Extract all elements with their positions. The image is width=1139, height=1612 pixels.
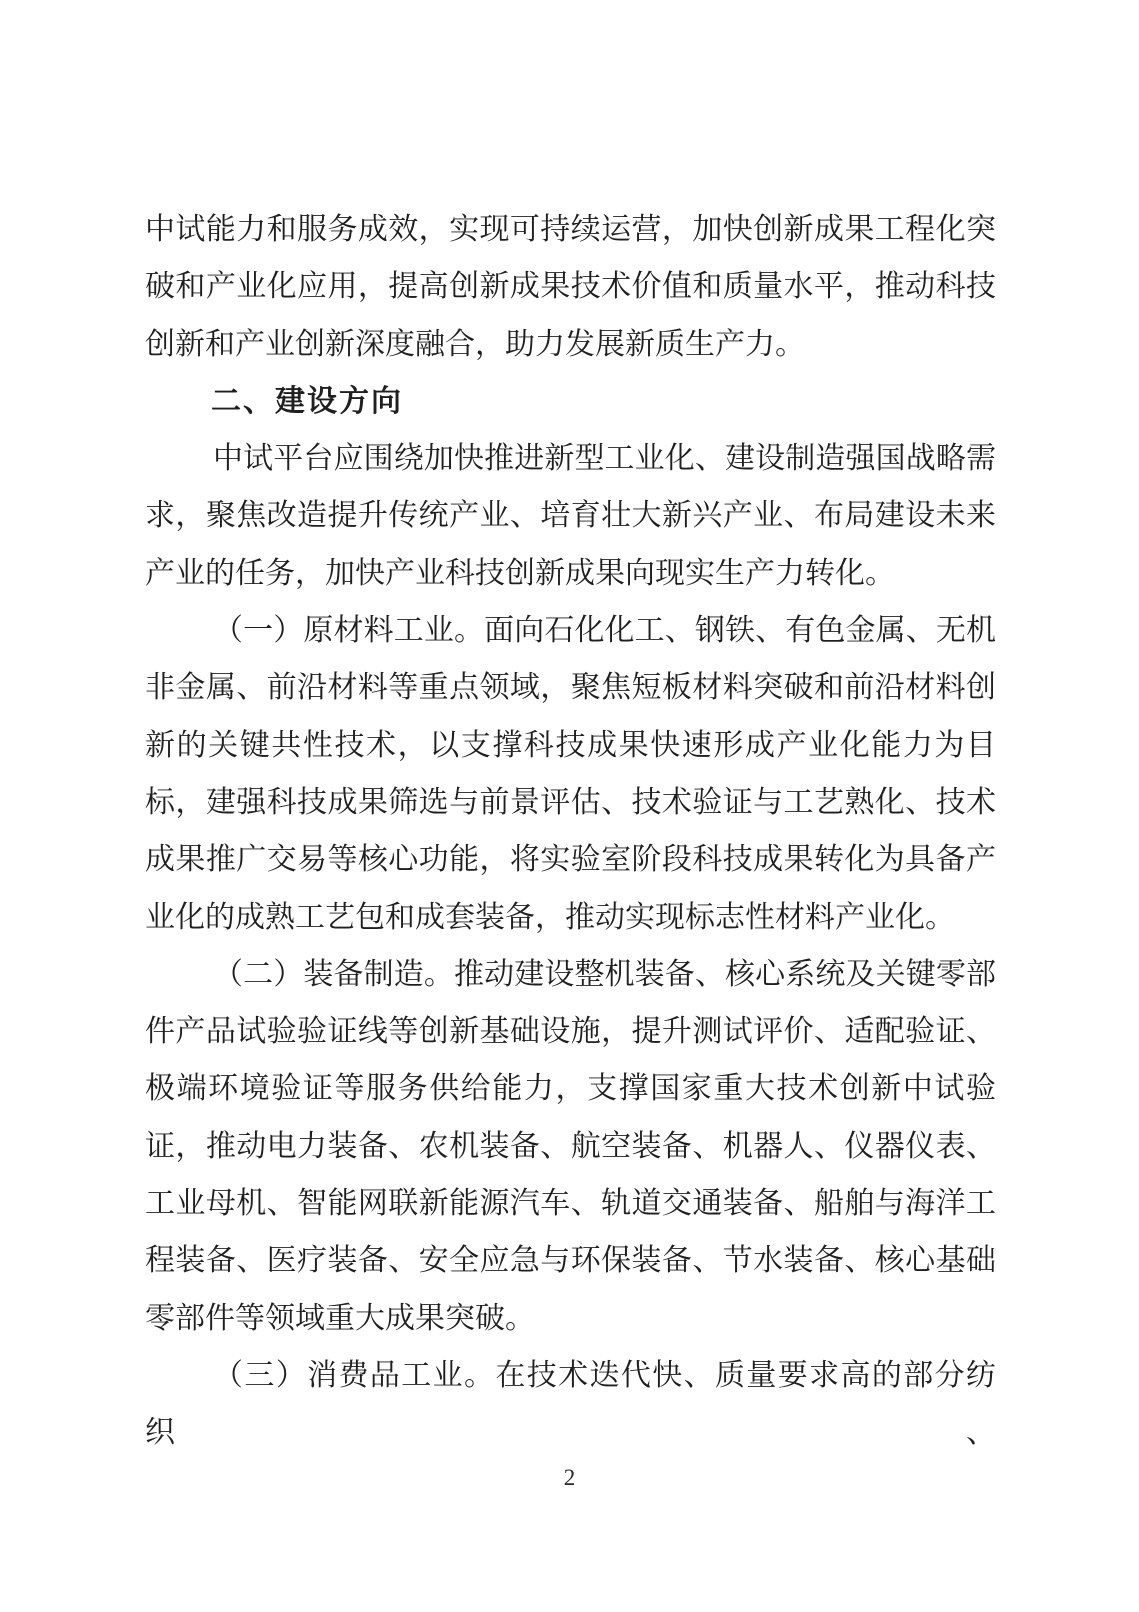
body-text-line: 非金属、前沿材料等重点领域，聚焦短板材料突破和前沿材料创 <box>145 659 996 716</box>
section-heading: 二、建设方向 <box>145 373 996 430</box>
body-text-line: 证，推动电力装备、农机装备、航空装备、机器人、仪器仪表、 <box>145 1118 996 1175</box>
document-body: 中试能力和服务成效，实现可持续运营，加快创新成果工程化突 破和产业化应用，提高创… <box>145 201 996 1404</box>
paragraph-first-line: （一）原材料工业。面向石化化工、钢铁、有色金属、无机 <box>145 602 996 659</box>
body-text-line: 产业的任务，加快产业科技创新成果向现实生产力转化。 <box>145 545 996 602</box>
page-footer: 2 <box>0 1464 1139 1492</box>
body-text-line: 件产品试验验证线等创新基础设施，提升测试评价、适配验证、 <box>145 1003 996 1060</box>
body-text-line: 标，建强科技成果筛选与前景评估、技术验证与工艺熟化、技术 <box>145 774 996 831</box>
page-number: 2 <box>564 1465 576 1490</box>
body-text-line: 破和产业化应用，提高创新成果技术价值和质量水平，推动科技 <box>145 258 996 315</box>
body-text-line: 新的关键共性技术，以支撑科技成果快速形成产业化能力为目 <box>145 717 996 774</box>
body-text-line: 创新和产业创新深度融合，助力发展新质生产力。 <box>145 316 996 373</box>
body-text-line: 极端环境验证等服务供给能力，支撑国家重大技术创新中试验 <box>145 1060 996 1117</box>
body-text-line: 中试能力和服务成效，实现可持续运营，加快创新成果工程化突 <box>145 201 996 258</box>
paragraph-first-line: （二）装备制造。推动建设整机装备、核心系统及关键零部 <box>145 946 996 1003</box>
body-text-line: 程装备、医疗装备、安全应急与环保装备、节水装备、核心基础 <box>145 1232 996 1289</box>
body-text-line: 求，聚焦改造提升传统产业、培育壮大新兴产业、布局建设未来 <box>145 487 996 544</box>
paragraph-first-line: （三）消费品工业。在技术迭代快、质量要求高的部分纺织、 <box>145 1347 996 1404</box>
body-text-line: 零部件等领域重大成果突破。 <box>145 1290 996 1347</box>
body-text-line: 成果推广交易等核心功能，将实验室阶段科技成果转化为具备产 <box>145 831 996 888</box>
body-text-line: 业化的成熟工艺包和成套装备，推动实现标志性材料产业化。 <box>145 889 996 946</box>
body-text-line: 工业母机、智能网联新能源汽车、轨道交通装备、船舶与海洋工 <box>145 1175 996 1232</box>
document-page: 中试能力和服务成效，实现可持续运营，加快创新成果工程化突 破和产业化应用，提高创… <box>0 0 1139 1612</box>
paragraph-first-line: 中试平台应围绕加快推进新型工业化、建设制造强国战略需 <box>145 430 996 487</box>
